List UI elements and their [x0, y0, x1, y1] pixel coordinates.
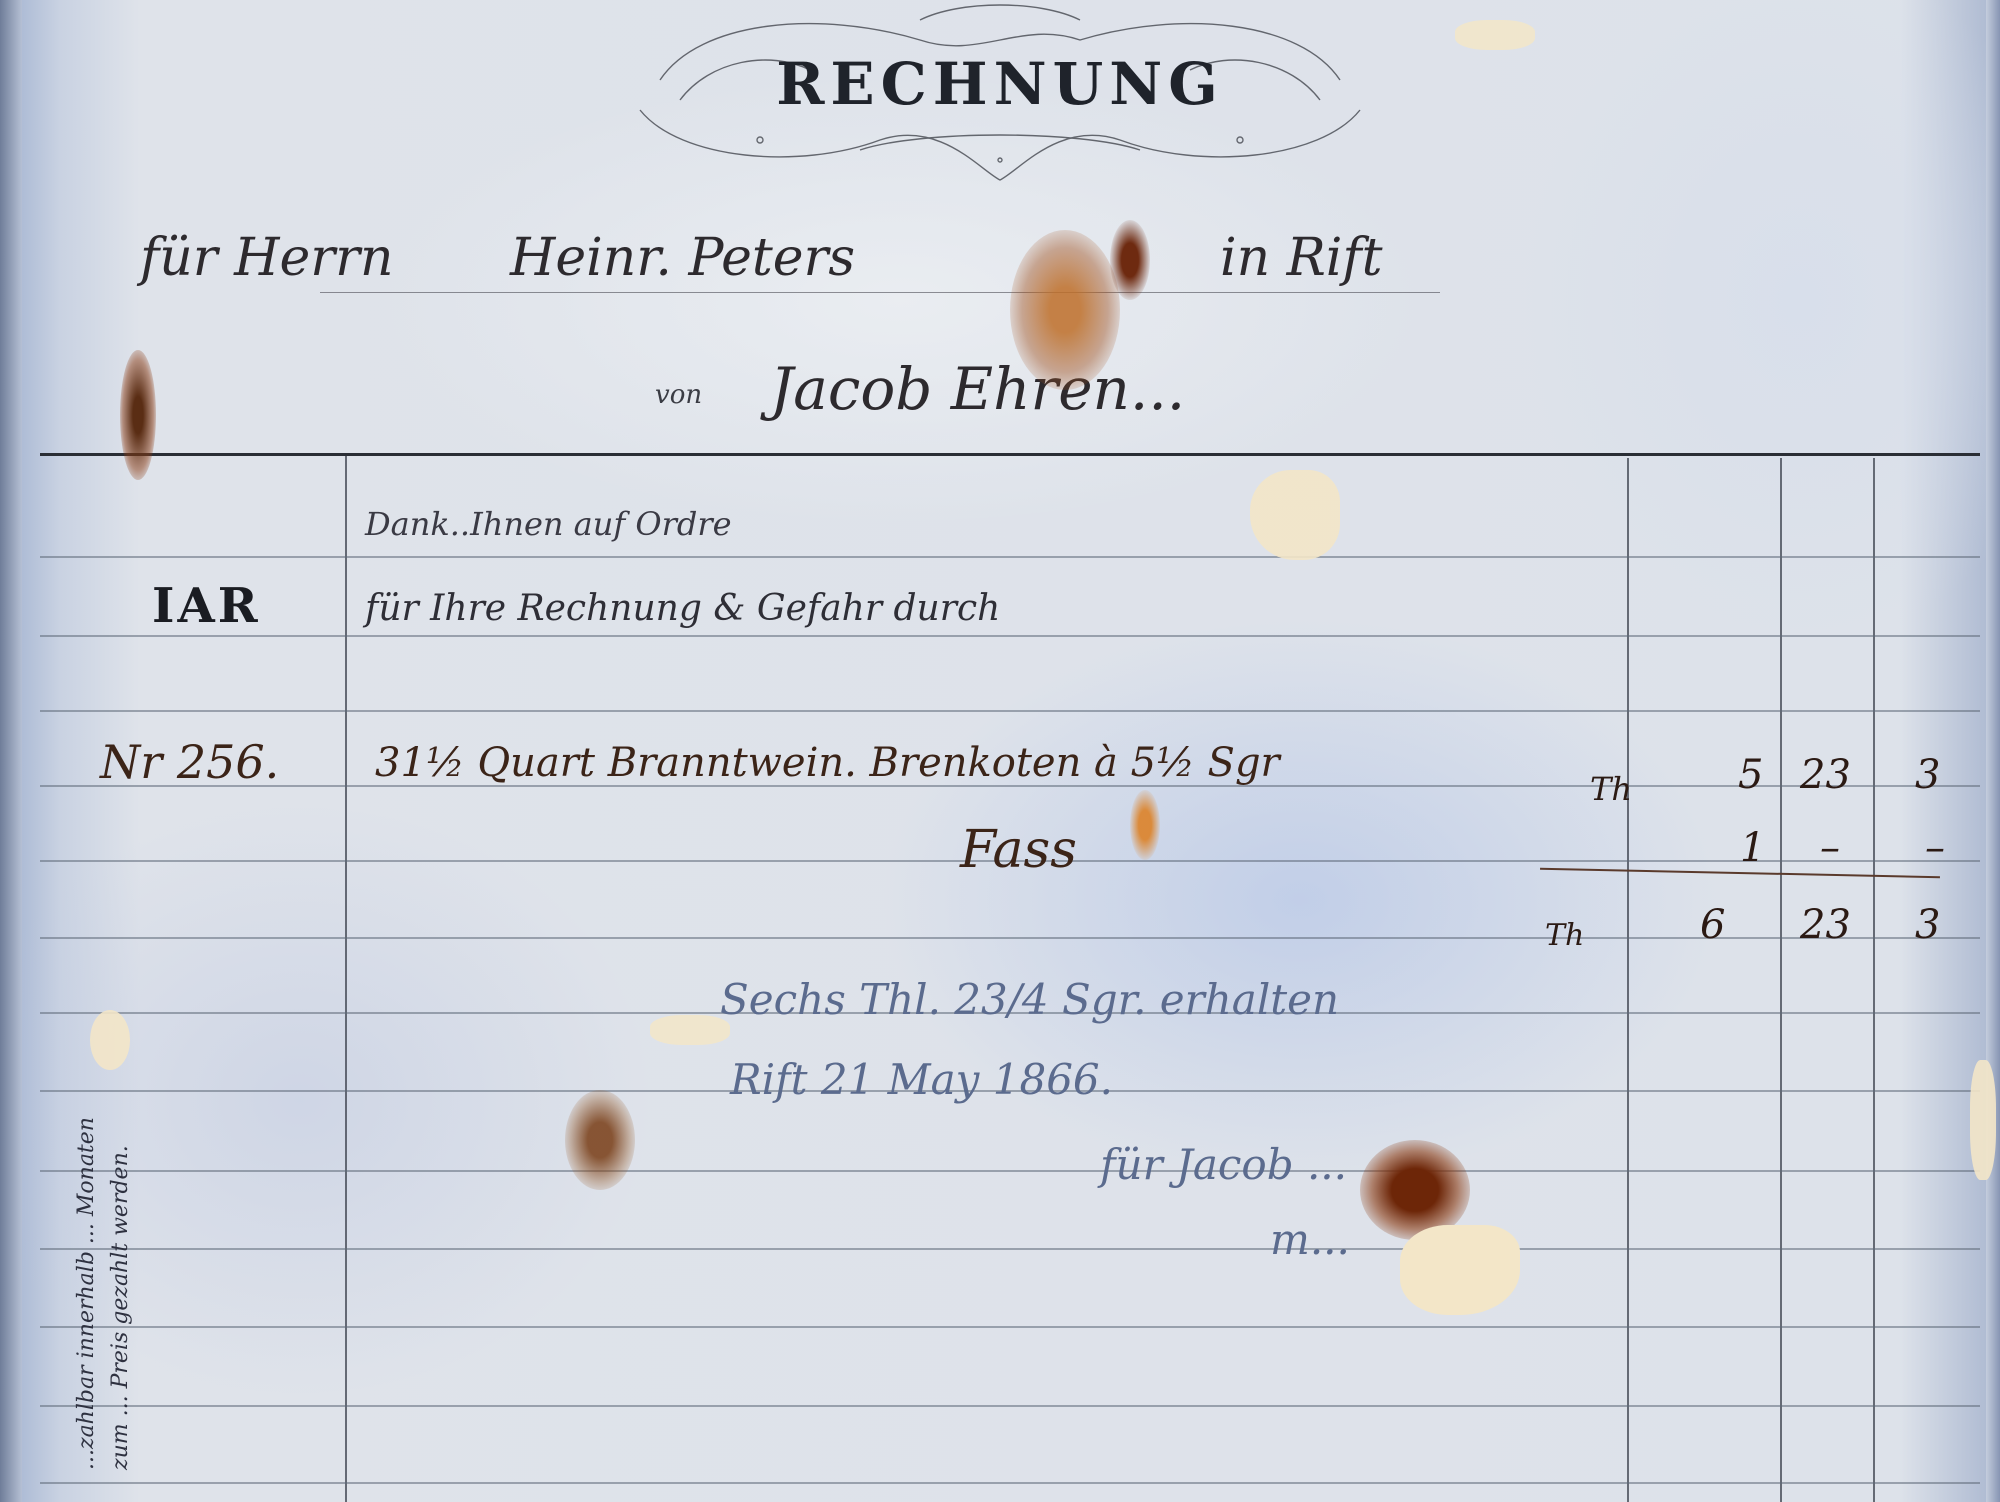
column-divider-th [1627, 458, 1629, 1502]
recipient-name: Heinr. Peters [510, 228, 855, 288]
item-amount-pf: 3 [1915, 752, 1940, 798]
total-amount-pf: 3 [1915, 902, 1940, 948]
column-divider-ref [345, 456, 347, 1502]
paper-edge-right [1986, 0, 2000, 1502]
recipient-prefix: für Herrn [140, 228, 393, 288]
total-amount-sgr: 23 [1800, 902, 1851, 948]
column-divider-pf [1873, 458, 1875, 1502]
ruled-line [40, 937, 1980, 939]
ruled-line [40, 1405, 1980, 1407]
rust-stain [1010, 230, 1120, 390]
paper-tear [650, 1015, 730, 1045]
item-amount-th: 1 [1740, 825, 1765, 871]
paper-tear [1250, 470, 1340, 560]
ruled-line [40, 635, 1980, 637]
intro-line-2: für Ihre Rechnung & Gefahr durch [365, 588, 1000, 629]
receipt-note-line-4: m... [1270, 1215, 1350, 1264]
paper-tear [1455, 20, 1535, 50]
total-amount-th: 6 [1700, 902, 1725, 948]
item-description: 31½ Quart Branntwein. Brenkoten à 5½ Sgr [375, 740, 1280, 786]
rust-stain [120, 350, 156, 480]
item-amount-sgr: 23 [1800, 752, 1851, 798]
ruled-line [40, 1326, 1980, 1328]
receipt-note-line-3: für Jacob ... [1100, 1140, 1347, 1189]
ruled-line [40, 1170, 1980, 1172]
sender-name: Jacob Ehren... [770, 355, 1185, 423]
recipient-location: in Rift [1220, 228, 1383, 288]
printed-mark-iar: IAR [152, 578, 261, 634]
item-ref: Nr 256. [100, 735, 279, 789]
rust-stain [1110, 220, 1150, 300]
receipt-note-line-2: Rift 21 May 1866. [730, 1055, 1113, 1104]
paper-tear [90, 1010, 130, 1070]
item-amount-th: 5 [1738, 752, 1763, 798]
rust-stain [565, 1090, 635, 1190]
item-amount-pf: – [1925, 825, 1945, 871]
ruled-line [40, 1482, 1980, 1484]
recipient-underline [320, 292, 1440, 293]
paper-edge-left [0, 0, 22, 1502]
column-divider-sgr [1780, 458, 1782, 1502]
ruled-line [40, 710, 1980, 712]
invoice-heading: RECHNUNG [620, 50, 1380, 118]
item-currency-mark: Th [1590, 770, 1632, 808]
heading-block: RECHNUNG [620, 0, 1380, 190]
receipt-note-line-1: Sechs Thl. 23/4 Sgr. erhalten [720, 975, 1339, 1024]
item-description: Fass [960, 820, 1077, 880]
rust-stain [1130, 790, 1160, 860]
side-note-line-1: ...zahlbar innerhalb ... Monaten [70, 1117, 104, 1470]
ruled-line [40, 556, 1980, 558]
item-amount-sgr: – [1820, 825, 1840, 871]
side-note-line-2: zum ... Preis gezahlt werden. [104, 1117, 138, 1470]
intro-line-1: Dank..Ihnen auf Ordre [365, 505, 732, 543]
sender-prefix: von [655, 380, 702, 410]
table-top-rule [40, 453, 1980, 456]
ruled-line [40, 1248, 1980, 1250]
total-currency-mark: Th [1545, 918, 1584, 953]
vertical-side-note: ...zahlbar innerhalb ... Monaten zum ...… [70, 1117, 138, 1470]
paper-tear [1970, 1060, 1996, 1180]
paper-tear [1400, 1225, 1520, 1315]
